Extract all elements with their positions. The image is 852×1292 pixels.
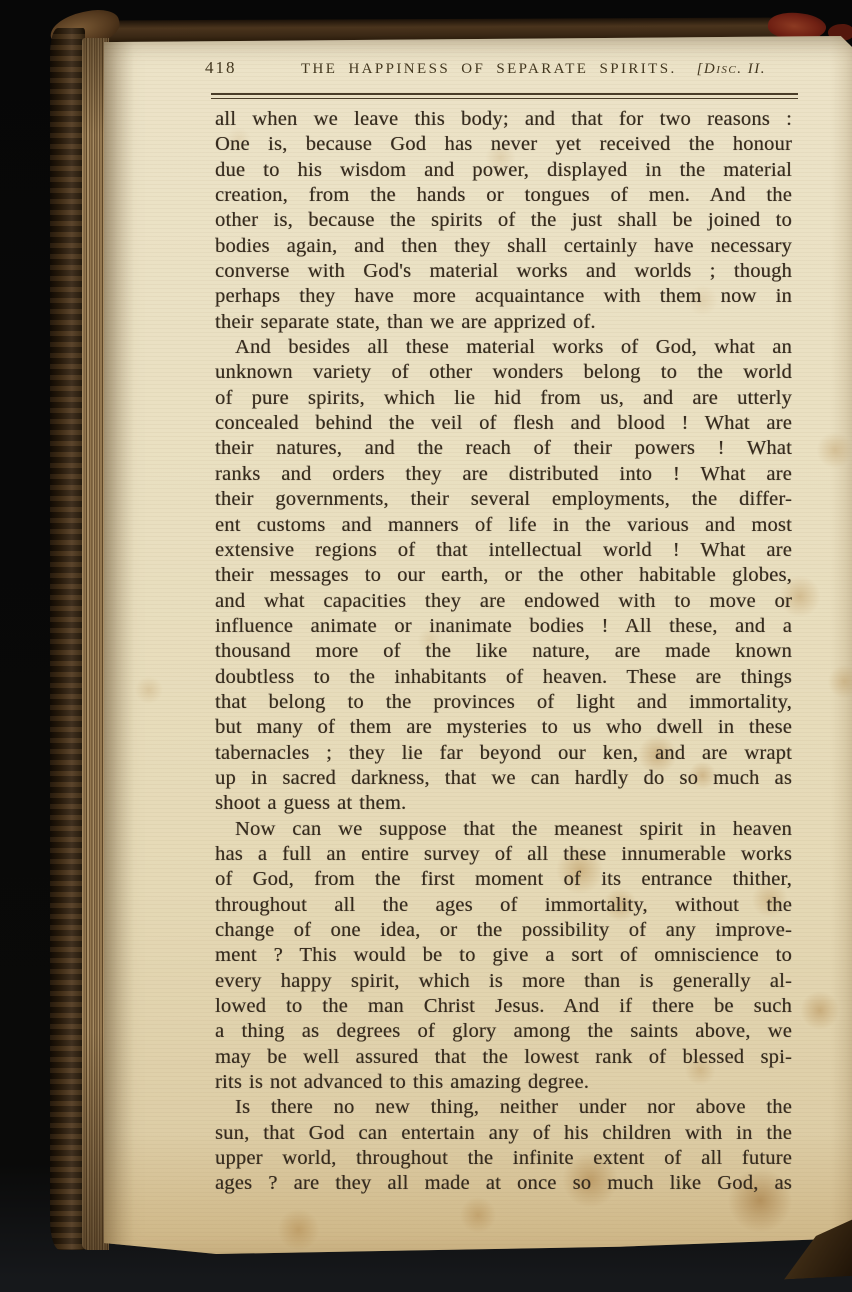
text-line: ment ? This would be to give a sort of o… xyxy=(215,943,792,968)
text-line: perhaps they have more acquaintance with… xyxy=(215,284,792,309)
text-line: other is, because the spirits of the jus… xyxy=(215,208,792,233)
text-line: upper world, throughout the infinite ext… xyxy=(215,1146,792,1171)
text-line: thousand more of the like nature, are ma… xyxy=(215,639,792,664)
text-line: of God, from the first moment of its ent… xyxy=(215,867,792,892)
text-line: shoot a guess at them. xyxy=(215,791,792,816)
text-line: but many of them are mysteries to us who… xyxy=(215,715,792,740)
book-cover-spine-edge xyxy=(50,28,85,1250)
text-line: and what capacities they are endowed wit… xyxy=(215,589,792,614)
text-line: bodies again, and then they shall certai… xyxy=(215,234,792,259)
text-line: One is, because God has never yet receiv… xyxy=(215,132,792,157)
page-content: 418 THE HAPPINESS OF SEPARATE SPIRITS. [… xyxy=(104,36,852,1254)
page-body: all when we leave this body; and that fo… xyxy=(215,107,792,1197)
text-line: And besides all these material works of … xyxy=(215,335,792,360)
text-line: their governments, their several employm… xyxy=(215,487,792,512)
text-line: of pure spirits, which lie hid from us, … xyxy=(215,386,792,411)
text-line: change of one idea, or the possibility o… xyxy=(215,918,792,943)
text-line: concealed behind the veil of flesh and b… xyxy=(215,411,792,436)
text-line: ranks and orders they are distributed in… xyxy=(215,462,792,487)
running-header: 418 THE HAPPINESS OF SEPARATE SPIRITS. [… xyxy=(215,58,792,84)
running-title: THE HAPPINESS OF SEPARATE SPIRITS. xyxy=(281,61,697,78)
text-line: converse with God's material works and w… xyxy=(215,259,792,284)
text-line: up in sacred darkness, that we can hardl… xyxy=(215,766,792,791)
text-line: due to his wisdom and power, displayed i… xyxy=(215,158,792,183)
text-line: throughout all the ages of immortality, … xyxy=(215,893,792,918)
text-line: unknown variety of other wonders belong … xyxy=(215,360,792,385)
discourse-label: [Disc. II. xyxy=(697,61,792,78)
text-line: Now can we suppose that the meanest spir… xyxy=(215,817,792,842)
text-line: extensive regions of that intellectual w… xyxy=(215,538,792,563)
text-line: every happy spirit, which is more than i… xyxy=(215,969,792,994)
text-line: their separate state, than we are appriz… xyxy=(215,310,792,335)
header-double-rule xyxy=(211,93,798,99)
text-line: Is there no new thing, neither under nor… xyxy=(215,1095,792,1120)
book-scan: 418 THE HAPPINESS OF SEPARATE SPIRITS. [… xyxy=(0,0,852,1292)
text-line: lowed to the man Christ Jesus. And if th… xyxy=(215,994,792,1019)
text-line: creation, from the hands or tongues of m… xyxy=(215,183,792,208)
text-line: ent customs and manners of life in the v… xyxy=(215,513,792,538)
text-line: rits is not advanced to this amazing deg… xyxy=(215,1070,792,1095)
text-line: tabernacles ; they lie far beyond our ke… xyxy=(215,741,792,766)
text-line: a thing as degrees of glory among the sa… xyxy=(215,1019,792,1044)
text-line: influence animate or inanimate bodies ! … xyxy=(215,614,792,639)
text-line: has a full an entire survey of all these… xyxy=(215,842,792,867)
text-line: their messages to our earth, or the othe… xyxy=(215,563,792,588)
text-line: may be well assured that the lowest rank… xyxy=(215,1045,792,1070)
text-line: that belong to the provinces of light an… xyxy=(215,690,792,715)
text-line: sun, that God can entertain any of his c… xyxy=(215,1121,792,1146)
text-line: all when we leave this body; and that fo… xyxy=(215,107,792,132)
book-page: 418 THE HAPPINESS OF SEPARATE SPIRITS. [… xyxy=(104,36,852,1254)
text-line: their natures, and the reach of their po… xyxy=(215,436,792,461)
text-line: ages ? are they all made at once so much… xyxy=(215,1171,792,1196)
text-line: doubtless to the inhabitants of heaven. … xyxy=(215,665,792,690)
page-number: 418 xyxy=(205,58,281,78)
